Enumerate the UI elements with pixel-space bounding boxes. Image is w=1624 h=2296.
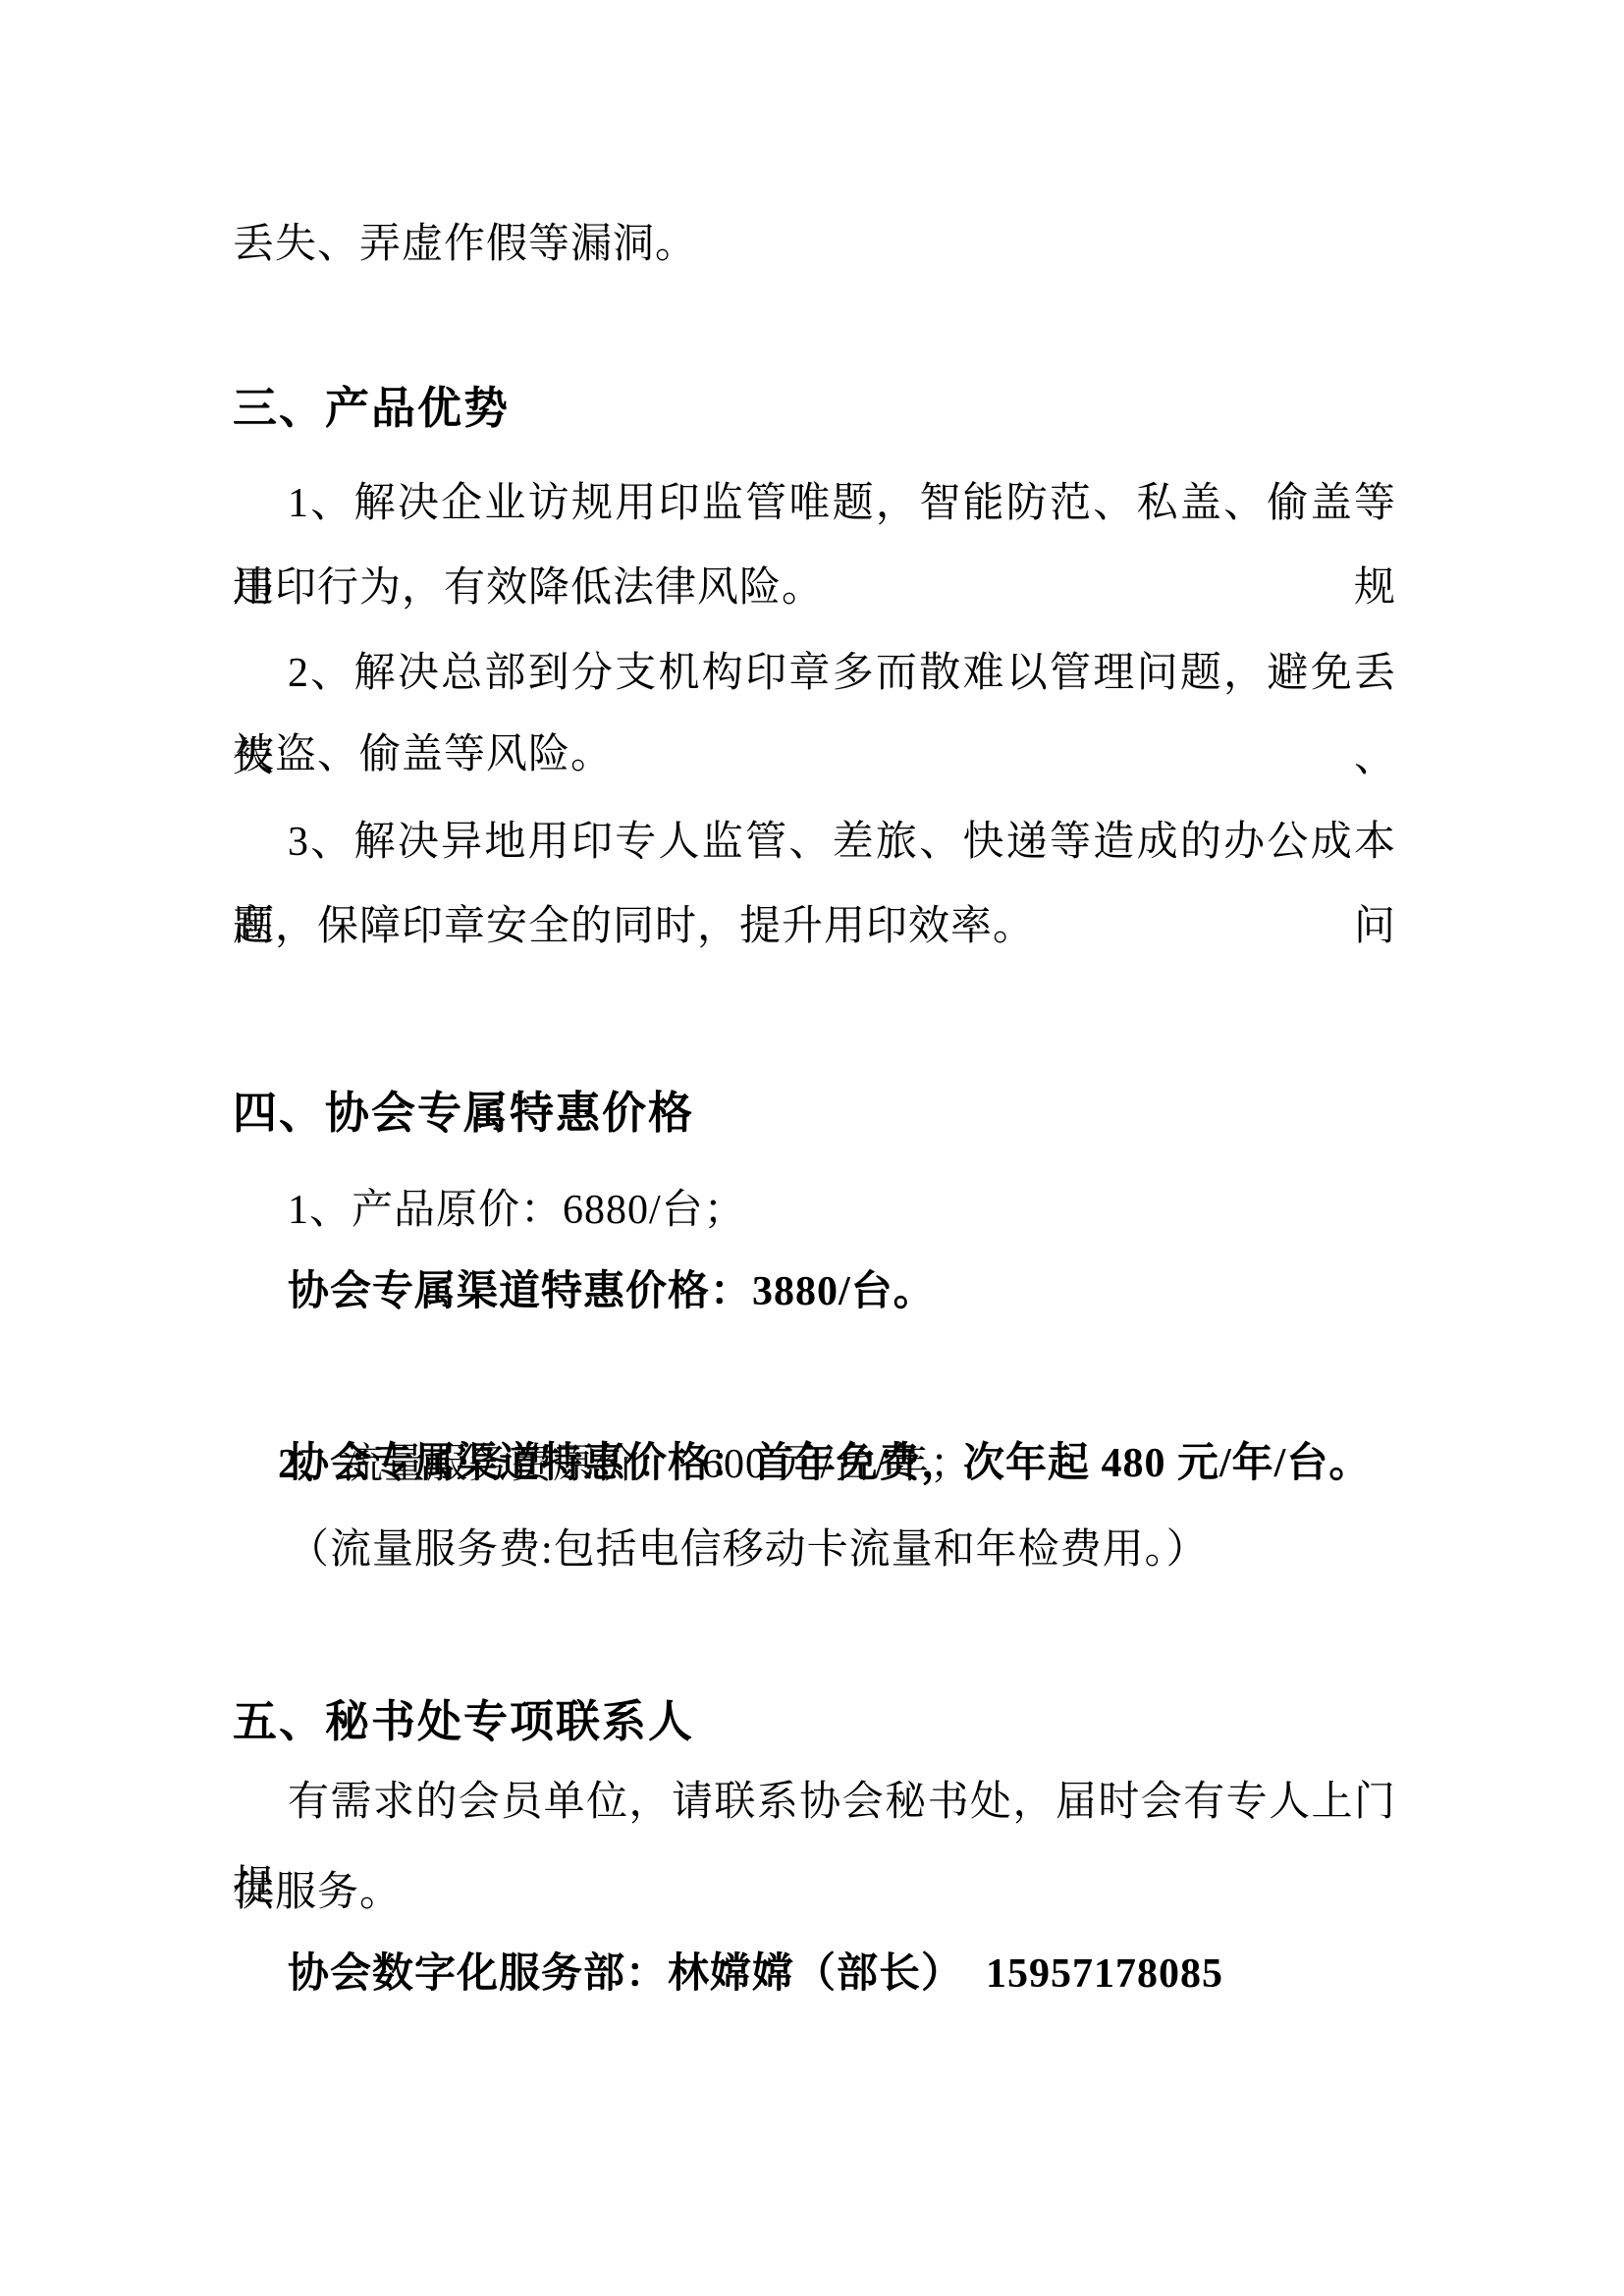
document-page: 丢失、弄虚作假等漏洞。 三、产品优势 1、解决企业访规用印监管唯题，智能防范、私… — [0, 0, 1624, 2296]
pricing-special-price-line: 协会专属渠道特惠价格：3880/台。 — [233, 1250, 1396, 1334]
contact-body-line-2: 供服务。 — [233, 1850, 1396, 1935]
pricing-note-line: （流量服务费:包括电信移动卡流量和年检费用。） — [233, 1508, 1396, 1592]
advantage-item-2-line-2: 被盗、偷盖等风险。 — [233, 713, 1396, 797]
carryover-paragraph-line: 丢失、弄虚作假等漏洞。 — [233, 202, 1396, 287]
section-5-heading: 五、秘书处专项联系人 — [233, 1680, 1396, 1764]
section-3-heading: 三、产品优势 — [233, 366, 1396, 451]
advantage-item-3-line-2: 题，保障印章安全的同时，提升用印效率。 — [233, 884, 1396, 969]
section-4-heading: 四、协会专属特惠价格 — [233, 1071, 1396, 1155]
pricing-data-fee-special-line: 协会专属渠道特惠价格：首年免费，次年起 480 元/年/台。 — [233, 1421, 1396, 1506]
pricing-original-price-line: 1、产品原价：6880/台； — [233, 1168, 1396, 1253]
advantage-item-1-line-2: 用印行为，有效降低法律风险。 — [233, 546, 1396, 630]
contact-department-line: 协会数字化服务部：林嫦嫦（部长） 15957178085 — [233, 1932, 1396, 2016]
